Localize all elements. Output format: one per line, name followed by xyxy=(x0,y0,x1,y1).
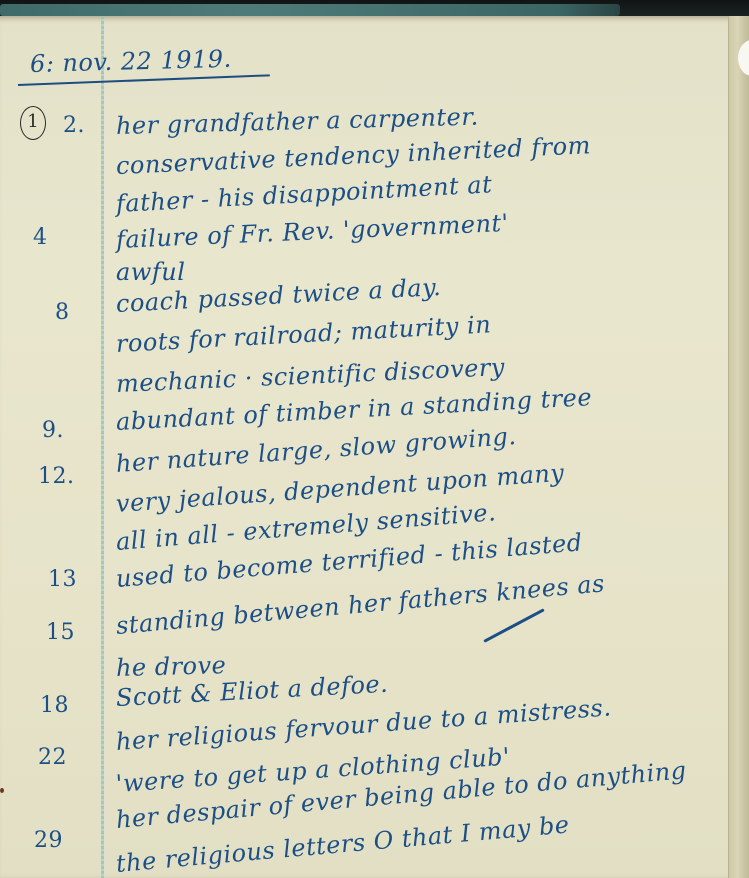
margin-number: 9. xyxy=(42,418,64,443)
page-date-heading: 6: nov. 22 1919. xyxy=(30,45,232,78)
margin-number: 12. xyxy=(38,464,75,489)
margin-number: 13 xyxy=(48,567,77,592)
cover-binding-band xyxy=(0,4,620,16)
margin-number: 22 xyxy=(38,745,67,770)
margin-number: 4 xyxy=(33,225,48,250)
margin-number: 8 xyxy=(55,300,70,325)
page-edge xyxy=(728,16,749,878)
ink-spot xyxy=(0,788,4,793)
margin-number: 29 xyxy=(34,828,63,853)
margin-rule xyxy=(101,16,104,878)
margin-number: 15 xyxy=(46,620,75,645)
margin-number: 2. xyxy=(63,113,85,138)
note-line: awful xyxy=(116,258,185,286)
margin-number: 18 xyxy=(40,693,69,718)
circled-entry-number: 1 xyxy=(20,106,46,140)
note-line: he drove xyxy=(116,651,227,682)
